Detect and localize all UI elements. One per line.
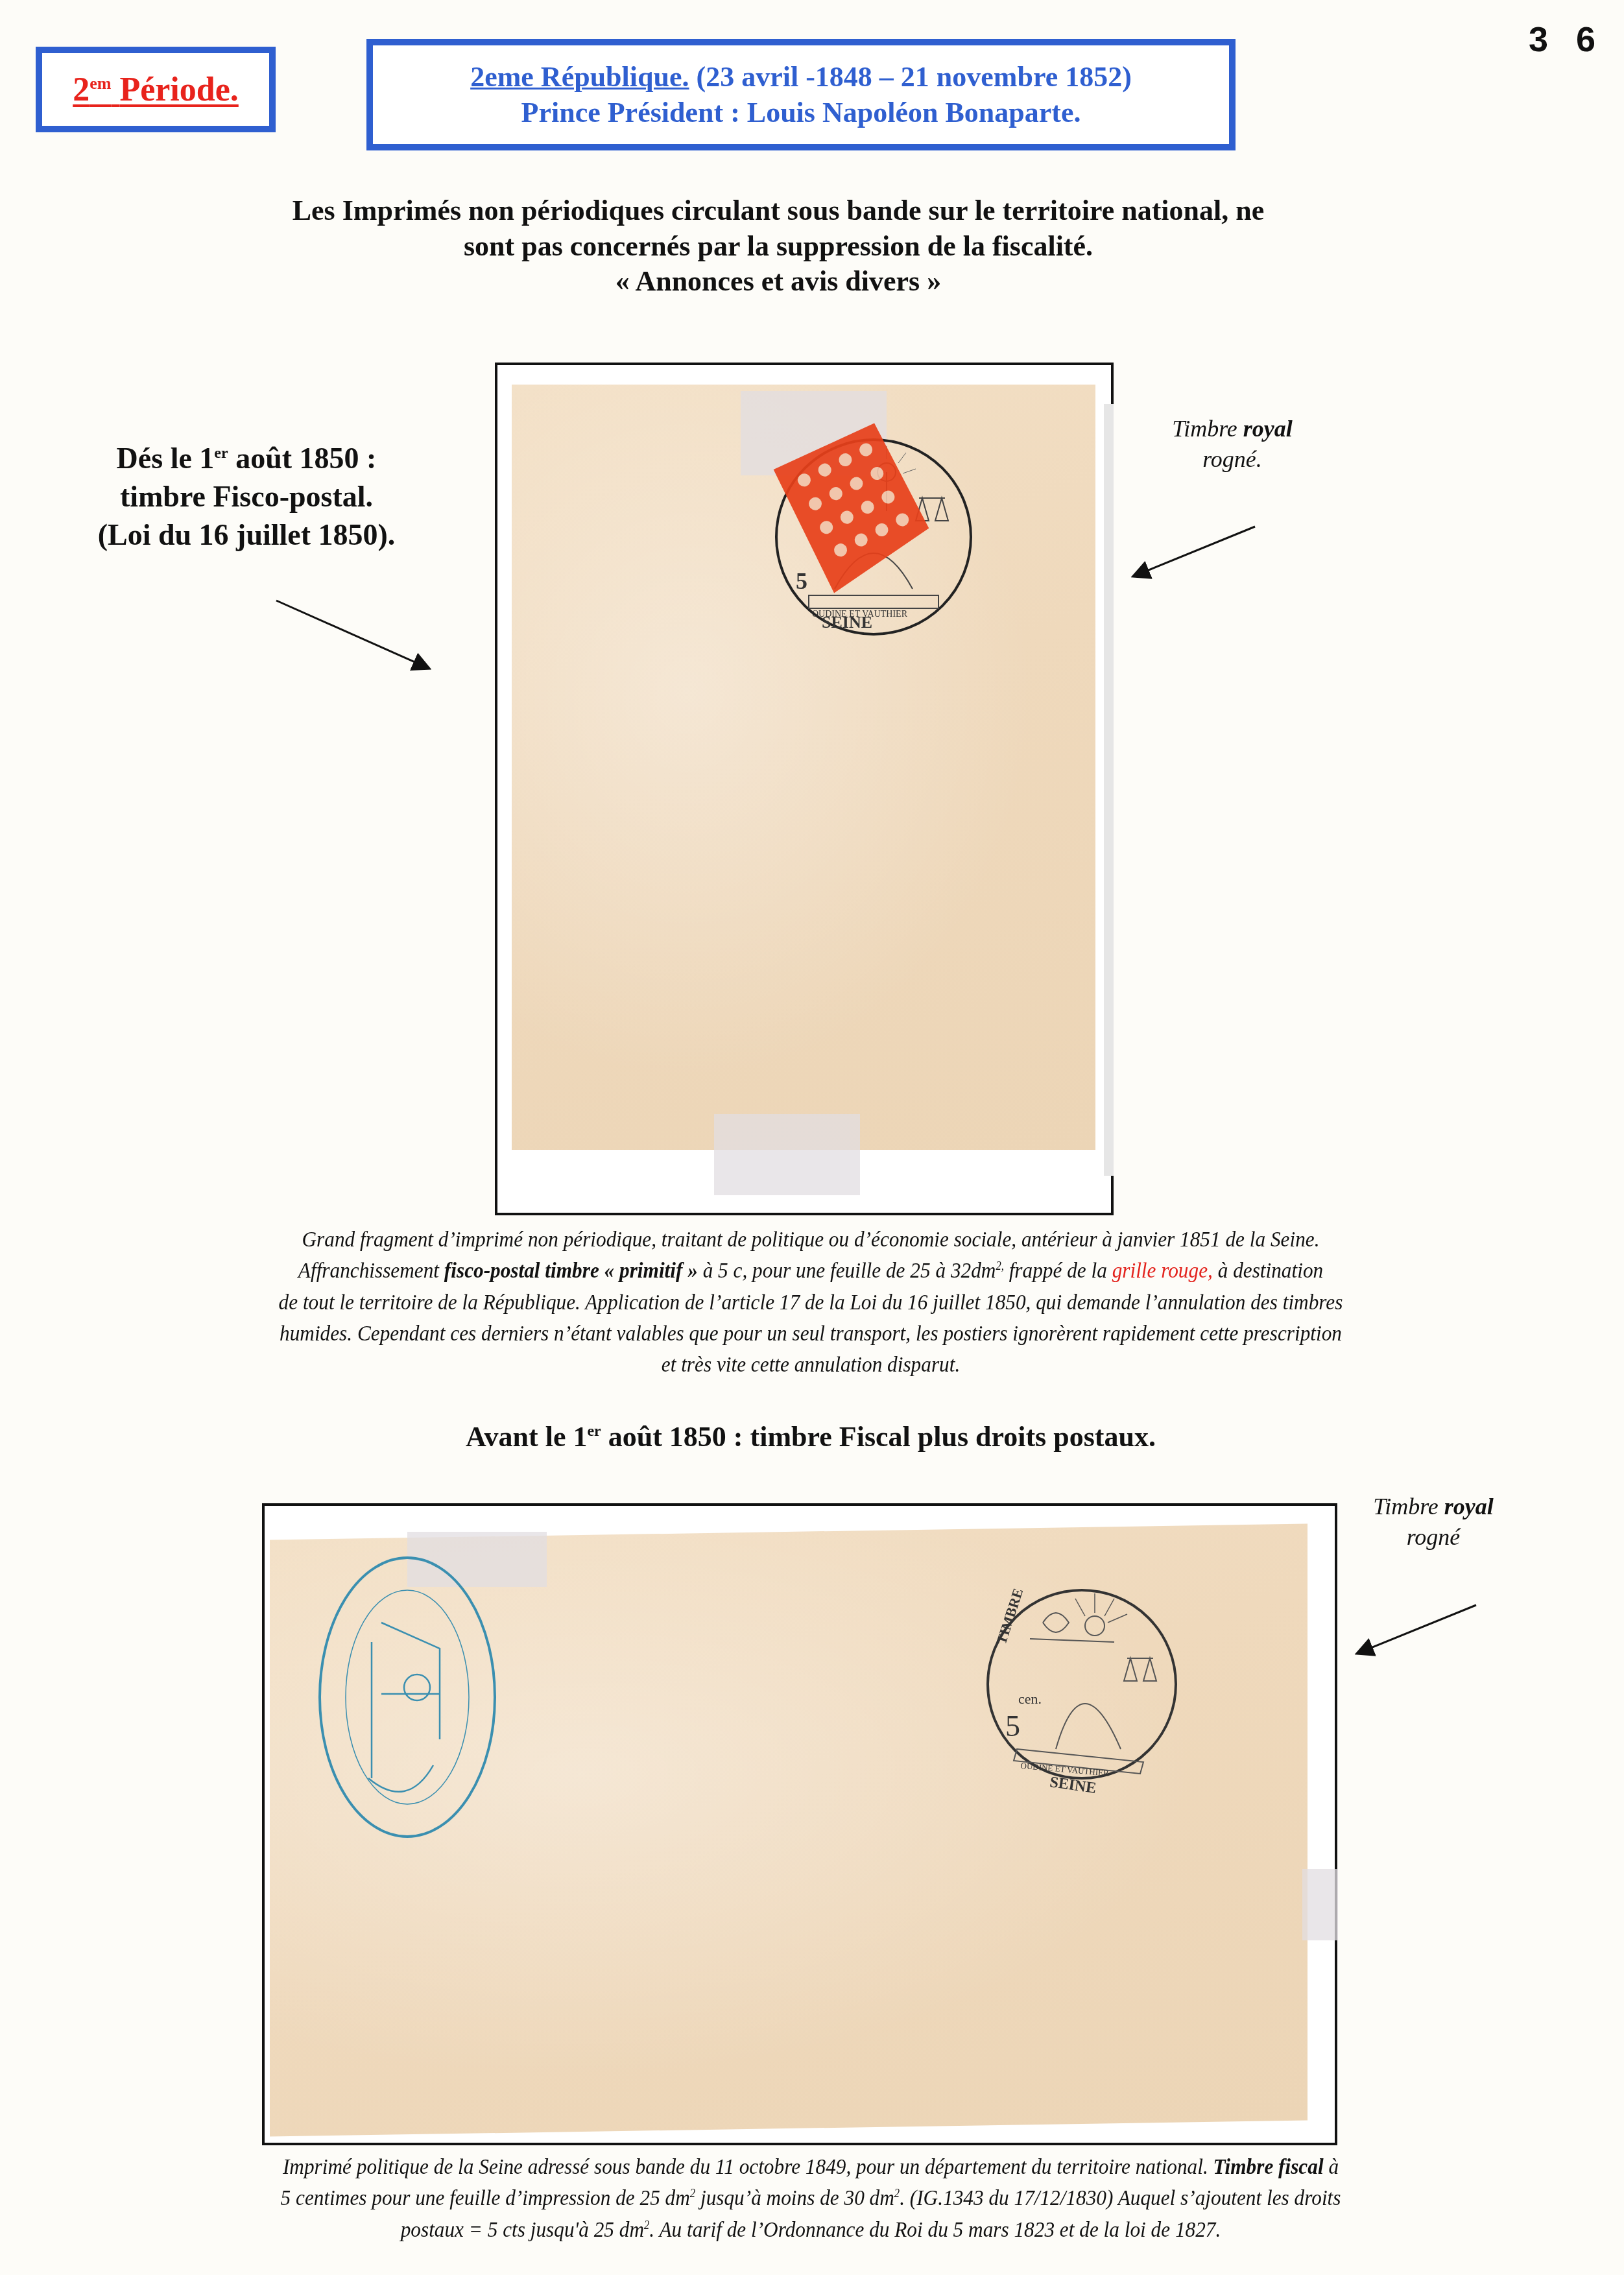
- section2-heading: Avant le 1er août 1850 : timbre Fiscal p…: [259, 1420, 1362, 1453]
- president-line: Prince Président : Louis Napoléon Bonapa…: [521, 95, 1081, 130]
- arrow-icon: [1349, 1599, 1485, 1663]
- document1-frame: SEINE OUDINE ET VAUTHIER 5: [495, 363, 1114, 1215]
- svg-text:5: 5: [1005, 1709, 1020, 1743]
- fiscal-stamp-icon: TIMBRE cen. 5 OUDINE ET VAUTHIER SEINE: [965, 1567, 1199, 1801]
- section2-side-note: Timbre royal rogné: [1349, 1492, 1518, 1553]
- svg-text:TIMBRE: TIMBRE: [993, 1586, 1026, 1647]
- hinge-tape: [714, 1114, 860, 1195]
- fiscal-stamp-icon: SEINE OUDINE ET VAUTHIER 5: [757, 420, 990, 654]
- section1-side-note: Timbre royal rogné.: [1141, 414, 1323, 475]
- document1-caption: Grand fragment d’imprimé non périodique,…: [125, 1224, 1497, 1381]
- republic-header-box: 2eme République. (23 avril -1848 – 21 no…: [366, 39, 1236, 150]
- document2-caption: Imprimé politique de la Seine adressé so…: [125, 2152, 1497, 2246]
- arrow-icon: [272, 590, 441, 674]
- arrow-icon: [1125, 519, 1261, 584]
- intro-heading: Les Imprimés non périodiques circulant s…: [162, 193, 1394, 300]
- oval-cachet-icon: AGENCE GÉNÉRALE DES BATEAUX A VAPEUR: [310, 1545, 505, 1850]
- section1-left-note: Dés le 1er août 1850 : timbre Fisco-post…: [65, 440, 428, 554]
- svg-text:5: 5: [796, 568, 807, 594]
- hinge-tape: [1302, 1869, 1338, 1940]
- page-number: 3 6: [1529, 19, 1605, 60]
- document2-frame: AGENCE GÉNÉRALE DES BATEAUX A VAPEUR TIM…: [262, 1503, 1337, 2145]
- republic-title: 2eme République. (23 avril -1848 – 21 no…: [470, 59, 1132, 95]
- svg-text:OUDINE ET VAUTHIER: OUDINE ET VAUTHIER: [812, 610, 908, 619]
- svg-text:cen.: cen.: [1018, 1691, 1042, 1707]
- period-label: 2em Période.: [73, 71, 239, 109]
- mount-strip: [1104, 404, 1114, 1176]
- period-box: 2em Période.: [36, 47, 276, 132]
